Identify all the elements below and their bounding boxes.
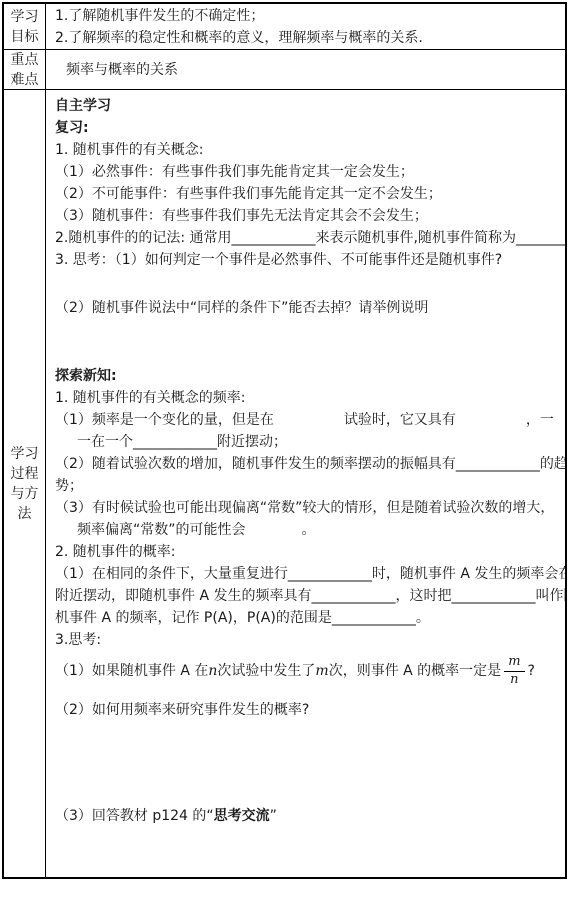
goal-line-2: 2.了解频率的稳定性和概率的意义，理解频率与概率的关系. [55, 27, 559, 49]
review-line: （1）必然事件：有些事件我们事先能肯定其一定会发生； [55, 161, 559, 183]
learning-goal-label: 学习 目标 [4, 4, 46, 49]
explore-line: （1）在相同的条件下，大量重复进行____________时，随机事件 A 发生… [55, 563, 559, 585]
row-key-points: 重点 难点 频率与概率的关系 [4, 49, 565, 89]
label-line: 过程 [11, 464, 39, 484]
q3-1-text: ? [528, 651, 535, 691]
fraction-m-over-n: mn [504, 655, 524, 687]
goal-line-1: 1.了解随机事件发生的不确定性； [55, 5, 559, 27]
review-line: 1. 随机事件的有关概念: [55, 139, 559, 161]
review-line: （2）不可能事件：有些事件我们事先能肯定其一定不会发生； [55, 183, 559, 205]
q3-3-text: ” [270, 808, 277, 824]
learning-process-content: 自主学习 复习: 1. 随机事件的有关概念: （1）必然事件：有些事件我们事先能… [46, 90, 565, 877]
q3-1-text: 次试验中发生了 [217, 651, 315, 691]
explore-line: 一在一个____________附近摆动； [55, 431, 559, 453]
q3-1-text: 次，则事件 A 的概率一定是 [329, 651, 501, 691]
heading-review: 复习: [55, 117, 559, 139]
question-3-3: （3）回答教材 p124 的“思考交流” [55, 805, 559, 827]
review-line: （3）随机事件：有些事件我们事先无法肯定其会不会发生； [55, 205, 559, 227]
key-points-label: 重点 难点 [4, 50, 46, 89]
spacer [55, 271, 559, 297]
review-question-2: （2）随机事件说法中“同样的条件下”能否去掉？请举例说明 [55, 297, 559, 319]
spacer [55, 691, 559, 699]
key-points-text: 频率与概率的关系 [66, 59, 178, 81]
q3-3-text: （3）回答教材 p124 的“ [55, 808, 214, 824]
spacer [55, 319, 559, 365]
explore-line: 势； [55, 475, 559, 497]
spacer [55, 721, 559, 805]
worksheet-table: 学习 目标 1.了解随机事件发生的不确定性； 2.了解频率的稳定性和概率的意义，… [2, 2, 567, 879]
learning-goal-content: 1.了解随机事件发生的不确定性； 2.了解频率的稳定性和概率的意义，理解频率与概… [46, 4, 565, 49]
row-learning-process: 学习 过程 与方 法 自主学习 复习: 1. 随机事件的有关概念: （1）必然事… [4, 89, 565, 877]
label-line: 学习 [11, 7, 39, 27]
fraction-denominator: n [510, 672, 518, 687]
explore-line: 频率偏离“常数”的可能性会 。 [55, 519, 559, 541]
label-line: 重点 [11, 50, 39, 70]
variable-n: n [208, 651, 217, 691]
q3-3-bold-term: 思考交流 [214, 808, 270, 824]
label-line: 与方 [11, 484, 39, 504]
learning-process-label: 学习 过程 与方 法 [4, 90, 46, 877]
review-line: 3. 思考：（1）如何判定一个事件是必然事件、不可能事件还是随机事件? [55, 249, 559, 271]
explore-line: 2. 随机事件的概率: [55, 541, 559, 563]
explore-line: 1. 随机事件的有关概念的频率: [55, 387, 559, 409]
label-line: 目标 [11, 27, 39, 47]
explore-line: （2）随着试验次数的增加，随机事件发生的频率摆动的振幅具有___________… [55, 453, 559, 475]
label-line: 难点 [11, 70, 39, 90]
review-line: 2.随机事件的的记法: 通常用____________来表示随机事件,随机事件简… [55, 227, 559, 249]
question-3-1: （1）如果随机事件 A 在 n 次试验中发生了 m 次，则事件 A 的概率一定是… [55, 651, 559, 691]
explore-line: （1）频率是一个变化的量，但是在 试验时，它又具有 ，一 [55, 409, 559, 431]
explore-line: 3.思考: [55, 629, 559, 651]
fraction-numerator: m [504, 655, 524, 671]
row-learning-goal: 学习 目标 1.了解随机事件发生的不确定性； 2.了解频率的稳定性和概率的意义，… [4, 4, 565, 49]
question-3-2: （2）如何用频率来研究事件发生的概率? [55, 699, 559, 721]
explore-line: 机事件 A 的频率，记作 P(A)，P(A)的范围是____________。 [55, 607, 559, 629]
label-line: 学习 [11, 444, 39, 464]
label-line: 法 [18, 504, 32, 524]
explore-line: （3）有时候试验也可能出现偏离“常数”较大的情形，但是随着试验次数的增大， [55, 497, 559, 519]
key-points-content: 频率与概率的关系 [46, 50, 565, 89]
explore-line: 附近摆动，即随机事件 A 发生的频率具有____________，这时把____… [55, 585, 559, 607]
heading-self-study: 自主学习 [55, 95, 559, 117]
variable-m: m [315, 651, 328, 691]
q3-1-text: （1）如果随机事件 A 在 [55, 651, 208, 691]
heading-explore: 探索新知: [55, 365, 559, 387]
